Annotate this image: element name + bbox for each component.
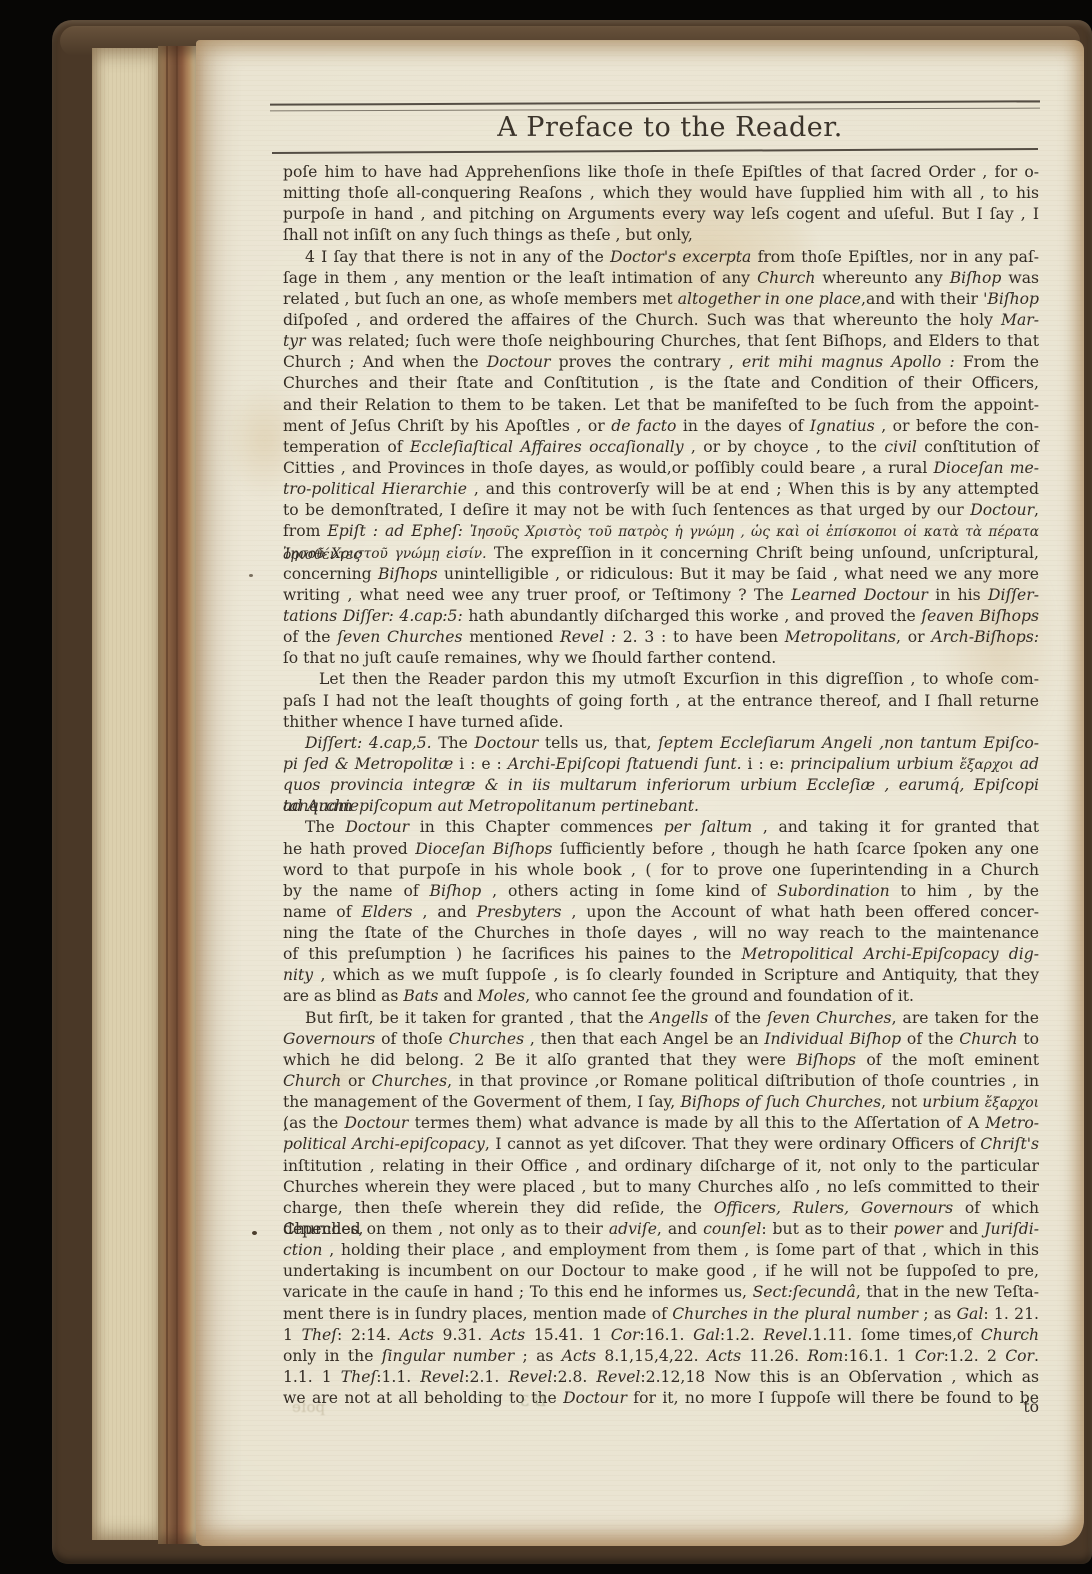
italic-text: Church [981,1326,1039,1344]
ink-speck [252,1231,257,1235]
text-line: But firſt, be it taken for granted , tha… [283,1008,1039,1029]
roman-text: :1.2. 2 [944,1347,1006,1365]
italic-text: tations Diſſer: 4.cap:5: [283,607,463,625]
text-line: (as the Doctour termes them) what advanc… [283,1113,1039,1134]
paragraph: poſe him to have had Apprehenſions like … [283,162,1039,247]
text-line: ment there is in ſundry places, mention … [283,1304,1039,1325]
text-line: ment of Jeſus Chriſt by his Apoſtles , o… [283,416,1039,437]
roman-text: , not [881,1093,922,1111]
text-line: charge, then theſe wherein they did reſi… [283,1198,1039,1219]
text-line: ſhall not inſiſt on any ſuch things as t… [283,225,1039,246]
roman-text: was [1001,269,1039,287]
roman-text: ning the ſtate of the Churches in thoſe … [283,924,1039,942]
roman-text: 1.1. 1 [283,1368,341,1386]
italic-text: Cor [1005,1347,1034,1365]
italic-text: Biſhop [950,269,1002,287]
roman-text: of the [283,628,337,646]
text-line: inſtitution , relating in their Office ,… [283,1156,1039,1177]
text-line: nity , which as we muſt ſuppoſe , is ſo … [283,965,1039,986]
italic-text: Metro- [985,1114,1039,1132]
roman-text: 11.26. [741,1347,807,1365]
greek-text: ἔξαρχοι [985,1095,1039,1111]
text-line: and their Relation to them to be taken. … [283,395,1039,416]
italic-text: Bats [403,987,438,1005]
italic-text: Doctour [345,1114,409,1132]
roman-text: 1 [283,1326,302,1344]
text-line: Let then the Reader pardon this my utmoſ… [283,669,1039,690]
roman-text: in this Chapter commences [409,818,664,836]
roman-text: undertaking is incumbent on our Doctour … [283,1262,1039,1280]
italic-text: Biſhops [378,565,438,583]
roman-text: , or before the con- [875,417,1039,435]
italic-text: tro-political Hierarchie [283,480,467,498]
italic-text: altogether in one place [678,290,861,308]
roman-text: writing , what need wee any truer proof,… [283,586,791,604]
roman-text: of the [901,1030,959,1048]
italic-text: Revel [420,1368,464,1386]
roman-text: , holding their place , and employment f… [322,1241,1039,1259]
text-line: ning the ſtate of the Churches in thoſe … [283,923,1039,944]
italic-text: Dioceſan Biſhops [415,840,552,858]
roman-text: . [1034,1347,1039,1365]
roman-text: 9.31. [434,1326,491,1344]
roman-text: i : e: [742,755,791,773]
italic-text: ſeptem Eccleſiarum Angeli ,non tantum Ep… [658,734,1039,752]
roman-text: termes them) what advance is made by all… [408,1114,985,1132]
roman-text: , and taking it for granted that [752,818,1039,836]
roman-text: 8.1,15,4,22. [596,1347,707,1365]
roman-text: .1.11. ſome times,of [808,1326,981,1344]
italic-text: Arch-Biſhops: [931,628,1039,646]
text-line: pi ſed & Metropolitæ i : e : Archi-Epiſc… [283,754,1039,775]
text-line: writing , what need wee any truer proof,… [283,585,1039,606]
roman-text: : 1. 21. [983,1305,1039,1323]
roman-text: , that in the new Teſta- [856,1283,1039,1301]
paragraph: But firſt, be it taken for granted , tha… [283,1008,1039,1410]
italic-text: civil [884,438,917,456]
paragraph: The Doctour in this Chapter commences pe… [283,817,1039,1007]
italic-text: Churches in the plural number [672,1305,918,1323]
roman-text: ſufficiently before , though he hath ſca… [552,840,1039,858]
roman-text: , which as we muſt ſuppoſe , is ſo clear… [313,966,1039,984]
italic-text: Epiſt : ad Epheſ: [327,522,469,540]
text-line: he hath proved Dioceſan Biſhops ſufficie… [283,839,1039,860]
italic-text: principalium urbium [790,755,959,773]
roman-text: and [943,1220,984,1238]
italic-text: Gal [957,1305,984,1323]
roman-text: :16.1. 1 [843,1347,915,1365]
paragraph: 4 I ſay that there is not in any of the … [283,247,1039,670]
text-line: of this preſumption ) he ſacrifices his … [283,944,1039,965]
endpaper-strip [92,48,160,1540]
roman-text: :2.1. [464,1368,508,1386]
italic-text: political Archi-epiſcopacy [283,1135,485,1153]
text-line: ad Archiepiſcopum aut Metropolitanum per… [283,796,1039,817]
italic-text: Eccleſiaſtical Affaires occaſionally [410,438,684,456]
roman-text: , who cannot ſee the ground and foundati… [525,987,914,1005]
text-line: Ἰησοῦ Χριστοῦ γνώμῃ εἰσίν. The expreſſio… [283,543,1039,564]
roman-text: tells us, that, [538,734,658,752]
roman-text: , or [896,628,931,646]
italic-text: ction [283,1241,322,1259]
scanned-book-photo: A Preface to the Reader. poſe him to hav… [0,0,1092,1574]
italic-text: ad Archiepiſcopum aut Metropolitanum per… [283,797,699,815]
roman-text: related , but ſuch an one, as whoſe memb… [283,290,678,308]
roman-text: But firſt, be it taken for granted , tha… [305,1009,650,1027]
roman-text: :2.8. [552,1368,596,1386]
italic-text: per ſaltum [664,818,752,836]
italic-text: Biſhops [796,1051,856,1069]
roman-text: poſe him to have had Apprehenſions like … [283,163,1039,181]
text-line: tro-political Hierarchie , and this cont… [283,479,1039,500]
italic-text: pi ſed & Metropolitæ [283,755,453,773]
text-line: thither whence I have turned aſide. [283,712,1039,733]
italic-text: tyr [283,332,306,350]
italic-text: Theſ [341,1368,376,1386]
text-line: 4 I ſay that there is not in any of the … [283,247,1039,268]
text-line: ſage in them , any mention or the leaſt … [283,268,1039,289]
page-title: A Preface to the Reader. [300,112,1040,143]
italic-text: Subordination [777,882,890,900]
italic-text: Dioceſan me- [934,459,1039,477]
catchword: to [283,1398,1039,1416]
roman-text: are as blind as [283,987,403,1005]
roman-text: and their Relation to them to be taken. … [283,396,1039,414]
gutter-crease [166,46,168,1544]
roman-text: ſhall not inſiſt on any ſuch things as t… [283,226,693,244]
italic-text: Acts [400,1326,434,1344]
italic-text: Theſ [302,1326,337,1344]
text-line: paſs I had not the leaſt thoughts of goi… [283,691,1039,712]
italic-text: Church [757,269,815,287]
italic-text: power [894,1220,943,1238]
text-line: depended on them , not only as to their … [283,1219,1039,1240]
text-line: Diſſert: 4.cap,5. The Doctour tells us, … [283,733,1039,754]
text-line: Churches and their ſtate and Conſtitutio… [283,373,1039,394]
roman-text: the management of the Goverment of them,… [283,1093,680,1111]
roman-text: : but as to their [761,1220,893,1238]
roman-text: , in that province ,or Romane political … [447,1072,1039,1090]
italic-text: Biſhops of ſuch Churches [680,1093,881,1111]
roman-text: , or by choyce , to the [684,438,885,456]
roman-text: From the [955,353,1039,371]
roman-text: to him , by the [890,882,1039,900]
italic-text: Archi-Epiſcopi ſtatuendi ſunt. [508,755,742,773]
roman-text: word to that purpoſe in his whole book ,… [283,861,1039,879]
text-line: purpoſe in hand , and pitching on Argume… [283,204,1039,225]
italic-text: Doctor's excerpta [610,248,757,266]
roman-text: of the [708,1009,767,1027]
italic-text: Angells [650,1009,709,1027]
roman-text: to [1018,1030,1039,1048]
roman-text: was related; ſuch were thoſe neighbourin… [306,332,1039,350]
text-line: undertaking is incumbent on our Doctour … [283,1261,1039,1282]
roman-text: ment there is in ſundry places, mention … [283,1305,672,1323]
roman-text: 15.41. 1 [525,1326,611,1344]
italic-text: Elders [361,903,412,921]
text-line: the management of the Goverment of them,… [283,1092,1039,1113]
italic-text: Cor [611,1326,640,1344]
italic-text: Metropolitans [785,628,896,646]
italic-text: Doctour [475,734,539,752]
roman-text: diſpoſed , and ordered the affaires of t… [283,311,1001,329]
italic-text: Church [283,1072,341,1090]
roman-text: unintelligible , or ridiculous: But it m… [438,565,1039,583]
roman-text: Citties , and Provinces in thoſe dayes, … [283,459,934,477]
italic-text: Chriſt's [980,1135,1039,1153]
roman-text: which he did belong. 2 Be it alſo grante… [283,1051,796,1069]
text-line: to be demonſtrated, I deſire it may not … [283,500,1039,521]
italic-text: Individual Biſhop [764,1030,901,1048]
text-line: 1 Theſ: 2:14. Acts 9.31. Acts 15.41. 1 C… [283,1325,1039,1346]
roman-text: The [432,734,475,752]
roman-text: by the name of [283,882,430,900]
text-line: Governours of thoſe Churches , then that… [283,1029,1039,1050]
italic-text: Mar- [1001,311,1039,329]
roman-text: , others acting in ſome kind of [481,882,777,900]
italic-text: ſeven Churches [337,628,462,646]
italic-text: counſel [703,1220,761,1238]
italic-text: de facto [611,417,676,435]
text-line: temperation of Eccleſiaſtical Affaires o… [283,437,1039,458]
italic-text: Officers, Rulers, Governours [714,1199,953,1217]
italic-text: ad [1014,755,1039,773]
roman-text: Church ; And when the [283,353,487,371]
roman-text: Let then the Reader pardon this my utmoſ… [319,670,1039,688]
roman-text: temperation of [283,438,410,456]
roman-text: paſs I had not the leaſt thoughts of goi… [283,692,1039,710]
text-line: poſe him to have had Apprehenſions like … [283,162,1039,183]
greek-text: Ἰησοῦ Χριστοῦ γνώμῃ εἰσίν. [283,546,486,562]
gutter-crease [176,46,178,1544]
roman-text: :1.2. [720,1326,764,1344]
text-line: Church ; And when the Doctour proves the… [283,352,1039,373]
roman-text: from [283,522,327,540]
greek-text: ἔξαρχοι [960,757,1014,773]
roman-text: Churches and their ſtate and Conſtitutio… [283,374,1039,392]
roman-text: :16.1. [640,1326,694,1344]
roman-text: ment of Jeſus Chriſt by his Apoſtles , o… [283,417,611,435]
text-line: only in the ſingular number ; as Acts 8.… [283,1346,1039,1367]
roman-text: , then that each Angel be an [524,1030,764,1048]
roman-text: ſo that no juſt cauſe remaines, why we ſ… [283,649,776,667]
roman-text: , and [412,903,476,921]
italic-text: Gal [693,1326,720,1344]
text-line: from Epiſt : ad Epheſ: Ἰησοῦς Χριστὸς το… [283,521,1039,542]
italic-text: Revel : [560,628,616,646]
text-line: quos provincia integræ & in iis multarum… [283,775,1039,796]
roman-text: ,and with their [861,290,983,308]
italic-text: Revel [508,1368,552,1386]
roman-text: ſage in them , any mention or the leaſt … [283,269,757,287]
paragraph: Diſſert: 4.cap,5. The Doctour tells us, … [283,733,1039,818]
italic-text: Sect:ſecundâ [753,1283,856,1301]
text-line: political Archi-epiſcopacy, I cannot as … [283,1134,1039,1155]
text-line: of the ſeven Churches mentioned Revel : … [283,627,1039,648]
roman-text: , and this controverſy will be at end ; … [467,480,1039,498]
roman-text: purpoſe in hand , and pitching on Argume… [283,205,1039,223]
roman-text: or [341,1072,371,1090]
roman-text: :2.12,18 Now this is an Obſervation , wh… [640,1368,1039,1386]
text-line: by the name of Biſhop , others acting in… [283,881,1039,902]
roman-text: Churches wherein they were placed , but … [283,1178,1039,1196]
italic-text: Ignatius [810,417,875,435]
text-line: related , but ſuch an one, as whoſe memb… [283,289,1039,310]
roman-text: name of [283,903,361,921]
text-line: are as blind as Bats and Moles, who cann… [283,986,1039,1007]
roman-text: , I cannot as yet diſcover. That they we… [485,1135,980,1153]
text-line: ſo that no juſt cauſe remaines, why we ſ… [283,648,1039,669]
roman-text: in his [928,586,988,604]
roman-text: thither whence I have turned aſide. [283,713,563,731]
roman-text: hath abundantly diſcharged this worke , … [463,607,922,625]
italic-text: Doctour [487,353,551,371]
italic-text: erit mihi magnus Apollo : [742,353,955,371]
text-line: Citties , and Provinces in thoſe dayes, … [283,458,1039,479]
text-line: name of Elders , and Presbyters , upon t… [283,902,1039,923]
roman-text: only in the [283,1347,382,1365]
ink-speck [249,574,253,577]
italic-text: Revel [764,1326,808,1344]
italic-text: 'Biſhop [983,290,1039,308]
italic-text: Learned Doctour [791,586,928,604]
italic-text: Church [959,1030,1017,1048]
roman-text: , are taken for the [892,1009,1039,1027]
text-line: concerning Biſhops unintelligible , or r… [283,564,1039,585]
text-line: varicate in the cauſe in hand ; To this … [283,1282,1039,1303]
text-line: The Doctour in this Chapter commences pe… [283,817,1039,838]
italic-text: ſingular number [382,1347,514,1365]
roman-text: varicate in the cauſe in hand ; To this … [283,1283,753,1301]
roman-text: : 2:14. [337,1326,400,1344]
roman-text: and [438,987,477,1005]
italic-text: Acts [491,1326,525,1344]
italic-text: Revel [596,1368,640,1386]
roman-text: mitting thoſe all-conquering Reaſons , w… [283,184,1039,202]
roman-text: 2. 3 : to have been [616,628,785,646]
roman-text: in the dayes of [676,417,810,435]
italic-text: Presbyters [477,903,562,921]
text-line: ction , holding their place , and employ… [283,1240,1039,1261]
italic-text: Moles [478,987,526,1005]
roman-text: :1.1. [376,1368,420,1386]
roman-text: , and [657,1220,703,1238]
paragraph: Let then the Reader pardon this my utmoſ… [283,669,1039,732]
italic-text: Juriſdi- [984,1220,1039,1238]
roman-text: (as the [283,1114,345,1132]
roman-text: of the moſt eminent [856,1051,1039,1069]
text-line: which he did belong. 2 Be it alſo grante… [283,1050,1039,1071]
roman-text: he hath proved [283,840,415,858]
italic-text: Metropolitical Archi-Epiſcopacy dig- [742,945,1039,963]
roman-text: depended on them , not only as to their [283,1220,609,1238]
text-line: word to that purpoſe in his whole book ,… [283,860,1039,881]
italic-text: Biſhop [430,882,482,900]
text-line: diſpoſed , and ordered the affaires of t… [283,310,1039,331]
roman-text: conſtitution of [917,438,1039,456]
italic-text: Churches [372,1072,447,1090]
italic-text: Cor [915,1347,944,1365]
roman-text: whereunto any [815,269,949,287]
roman-text: ; as [514,1347,562,1365]
roman-text: inſtitution , relating in their Office ,… [283,1157,1039,1175]
italic-text: Doctour [345,818,409,836]
italic-text: Diſſer- [988,586,1039,604]
roman-text: i : e : [453,755,507,773]
italic-text: Diſſert: 4.cap,5. [305,734,432,752]
roman-text: from thoſe Epiſtles, nor in any paſ- [758,248,1039,266]
italic-text: ſeaven Biſhops [921,607,1039,625]
text-line: Churches wherein they were placed , but … [283,1177,1039,1198]
text-line: mitting thoſe all-conquering Reaſons , w… [283,183,1039,204]
roman-text: concerning [283,565,378,583]
text-line: 1.1. 1 Theſ:1.1. Revel:2.1. Revel:2.8. R… [283,1367,1039,1388]
roman-text: proves the contrary , [550,353,742,371]
italic-text: ſeven Churches [767,1009,892,1027]
italic-text: Acts [562,1347,596,1365]
italic-text: Rom [807,1347,843,1365]
italic-text: Doctour [970,501,1034,519]
roman-text: 4 I ſay that there is not in any of the [305,248,610,266]
page-gutter [158,46,198,1544]
roman-text: , [1034,501,1039,519]
roman-text: of this preſumption ) he ſacrifices his … [283,945,742,963]
roman-text: mentioned [463,628,560,646]
text-block: poſe him to have had Apprehenſions like … [283,162,1039,1409]
text-line: tations Diſſer: 4.cap:5: hath abundantly… [283,606,1039,627]
roman-text: The expreſſion in it concerning Chriſt b… [486,544,1039,562]
italic-text: Governours [283,1030,375,1048]
italic-text: urbium [922,1093,985,1111]
italic-text: nity [283,966,313,984]
roman-text: to be demonſtrated, I deſire it may not … [283,501,970,519]
italic-text: adviſe [609,1220,657,1238]
text-line: Church or Churches, in that province ,or… [283,1071,1039,1092]
roman-text: of thoſe [375,1030,448,1048]
roman-text: charge, then theſe wherein they did reſi… [283,1199,714,1217]
roman-text: , upon the Account of what hath been off… [562,903,1039,921]
italic-text: Churches [449,1030,524,1048]
text-line: tyr was related; ſuch were thoſe neighbo… [283,331,1039,352]
roman-text: The [305,818,345,836]
italic-text: Acts [707,1347,741,1365]
roman-text: ; as [918,1305,957,1323]
